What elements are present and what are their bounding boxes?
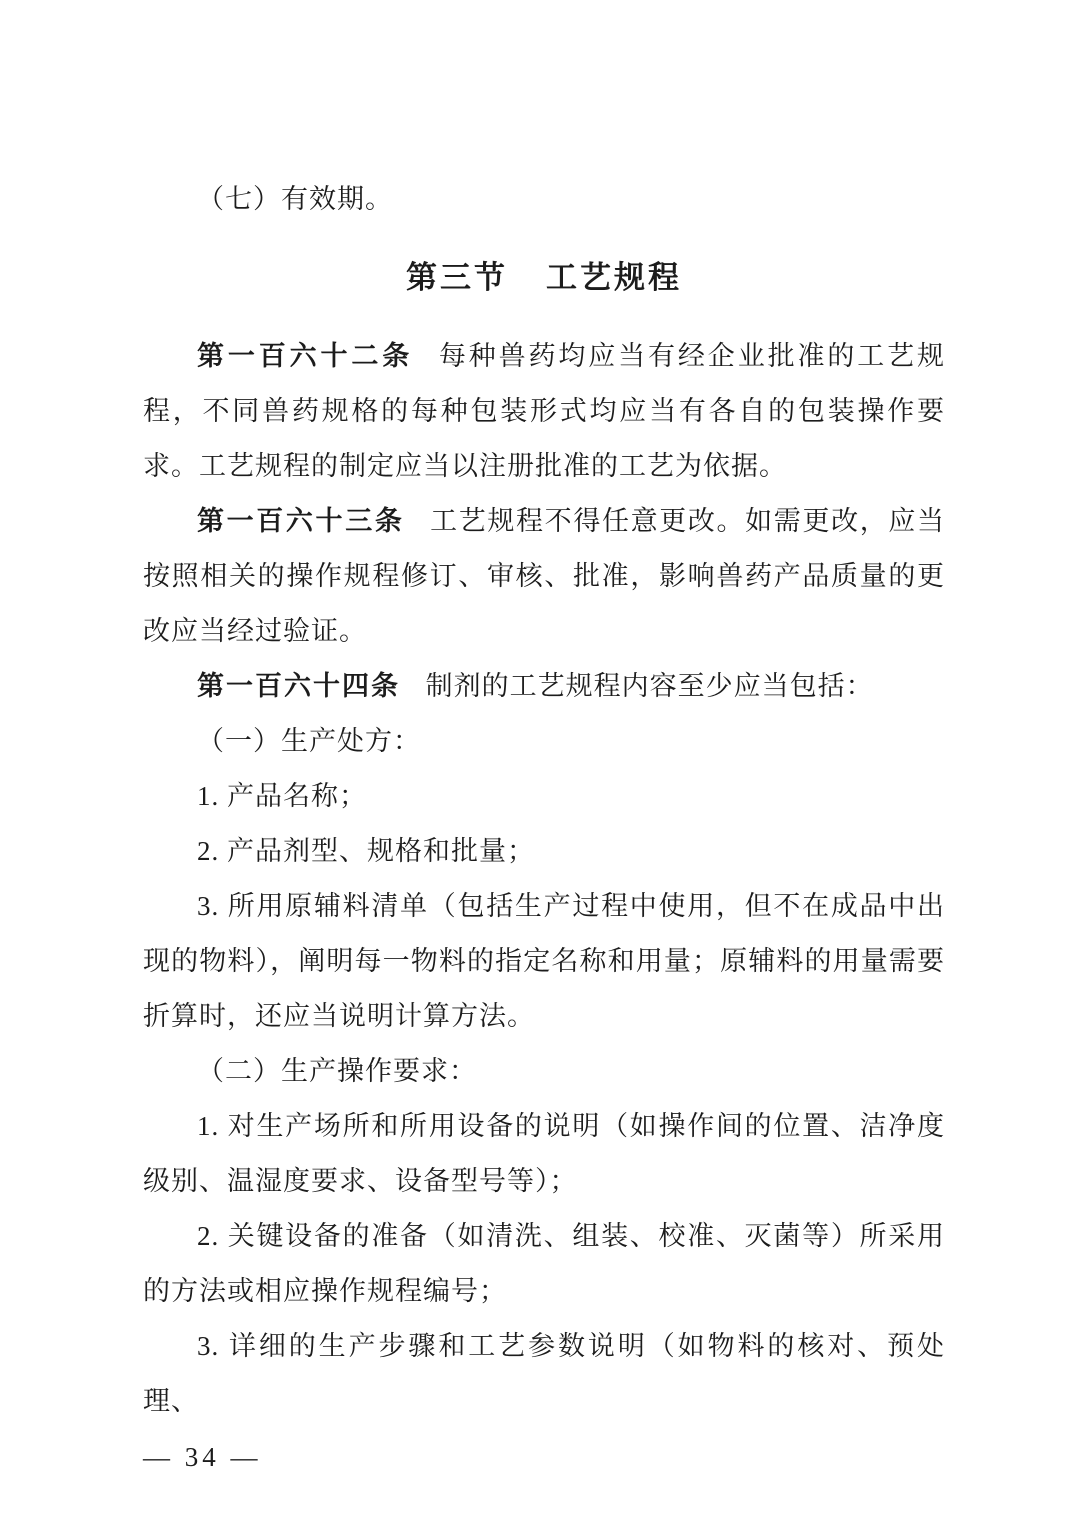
list-item-materials-list: 3. 所用原辅料清单（包括生产过程中使用，但不在成品中出现的物料），阐明每一物料… (143, 879, 945, 1044)
article-164-number: 第一百六十四条 (197, 671, 400, 701)
list-item-product-name: 1. 产品名称； (143, 769, 945, 824)
article-164: 第一百六十四条制剂的工艺规程内容至少应当包括： (143, 659, 945, 714)
section-title: 工艺规程 (546, 260, 682, 295)
page-number: — 34 — (143, 1442, 262, 1472)
list-item-dosage-form: 2. 产品剂型、规格和批量； (143, 824, 945, 879)
list-item-recipe-heading: （一）生产处方： (143, 714, 945, 769)
article-164-text: 制剂的工艺规程内容至少应当包括： (426, 671, 874, 701)
section-label: 第三节 (406, 260, 508, 295)
clause-item-seven: （七）有效期。 (143, 172, 945, 227)
list-item-production-steps: 3. 详细的生产步骤和工艺参数说明（如物料的核对、预处理、 (143, 1319, 945, 1429)
article-163: 第一百六十三条工艺规程不得任意更改。如需更改，应当按照相关的操作规程修订、审核、… (143, 494, 945, 659)
article-162-number: 第一百六十二条 (197, 341, 413, 371)
article-163-number: 第一百六十三条 (197, 506, 404, 536)
list-item-operation-heading: （二）生产操作要求： (143, 1044, 945, 1099)
section-heading: 第三节工艺规程 (143, 250, 945, 305)
article-162: 第一百六十二条每种兽药均应当有经企业批准的工艺规程，不同兽药规格的每种包装形式均… (143, 329, 945, 494)
document-page: （七）有效期。 第三节工艺规程 第一百六十二条每种兽药均应当有经企业批准的工艺规… (0, 0, 1080, 1527)
list-item-key-equipment: 2. 关键设备的准备（如清洗、组装、校准、灭菌等）所采用的方法或相应操作规程编号… (143, 1209, 945, 1319)
list-item-site-equipment: 1. 对生产场所和所用设备的说明（如操作间的位置、洁净度级别、温湿度要求、设备型… (143, 1099, 945, 1209)
page-footer: — 34 — (143, 1437, 945, 1477)
